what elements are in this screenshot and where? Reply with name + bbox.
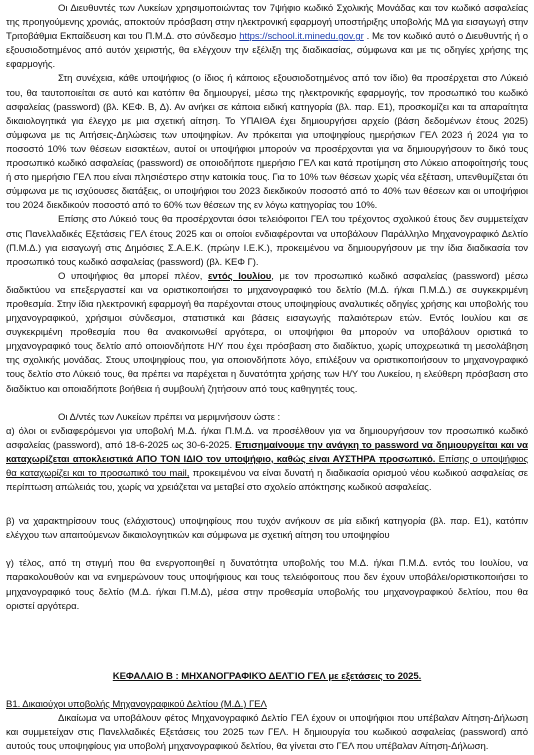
chapter-title: ΚΕΦΑΛΑΙΟ Β : ΜΗΧΑΝΟΓΡΑΦΙΚΌ ΔΕΛΤΊΟ ΓΕΛ με… xyxy=(6,670,528,684)
spacer xyxy=(6,495,528,515)
list-item-b: β) να χαρακτηρίσουν τους (ελάχιστους) υπ… xyxy=(6,515,528,543)
paragraph-july-submission: Ο υποψήφιος θα μπορεί πλέον, εντός Ιουλί… xyxy=(6,270,528,397)
emphasis-within-july: εντός Ιουλίου xyxy=(208,271,271,282)
paragraph-b1-eligibility: Δικαίωμα να υποβάλουν φέτος Μηχανογραφικ… xyxy=(6,712,528,754)
paragraph-candidate-password: Στη συνέχεια, κάθε υποψήφιος (ο ίδιος ή … xyxy=(6,72,528,213)
paragraph-directors-access: Οι Διευθυντές των Λυκείων χρησιμοποιώντα… xyxy=(6,2,528,72)
paragraph-graduates-pmd: Επίσης στο Λύκειό τους θα προσέρχονται ό… xyxy=(6,213,528,269)
school-portal-link[interactable]: https://school.it.minedu.gov.gr xyxy=(239,31,364,42)
paragraph-directors-must: Οι Δ/ντές των Λυκείων πρέπει να μεριμνήσ… xyxy=(6,411,528,425)
list-item-c: γ) τέλος, από τη στιγμή που θα ενεργοποι… xyxy=(6,557,528,613)
spacer xyxy=(6,397,528,411)
list-item-a: α) όλοι οι ενδιαφερόμενοι για υποβολή Μ.… xyxy=(6,425,528,495)
document-page: Οι Διευθυντές των Λυκείων χρησιμοποιώντα… xyxy=(0,0,534,755)
spacer xyxy=(6,543,528,557)
spacer xyxy=(6,614,528,670)
paragraph-text: Στην ίδια ηλεκτρονική εφαρμογή θα παρέχο… xyxy=(6,299,528,395)
section-heading-b1: Β1. Δικαιούχοι υποβολής Μηχανογραφικού Δ… xyxy=(6,698,528,712)
paragraph-text: Ο υποψήφιος θα μπορεί πλέον, xyxy=(58,271,208,282)
spacer xyxy=(6,684,528,698)
